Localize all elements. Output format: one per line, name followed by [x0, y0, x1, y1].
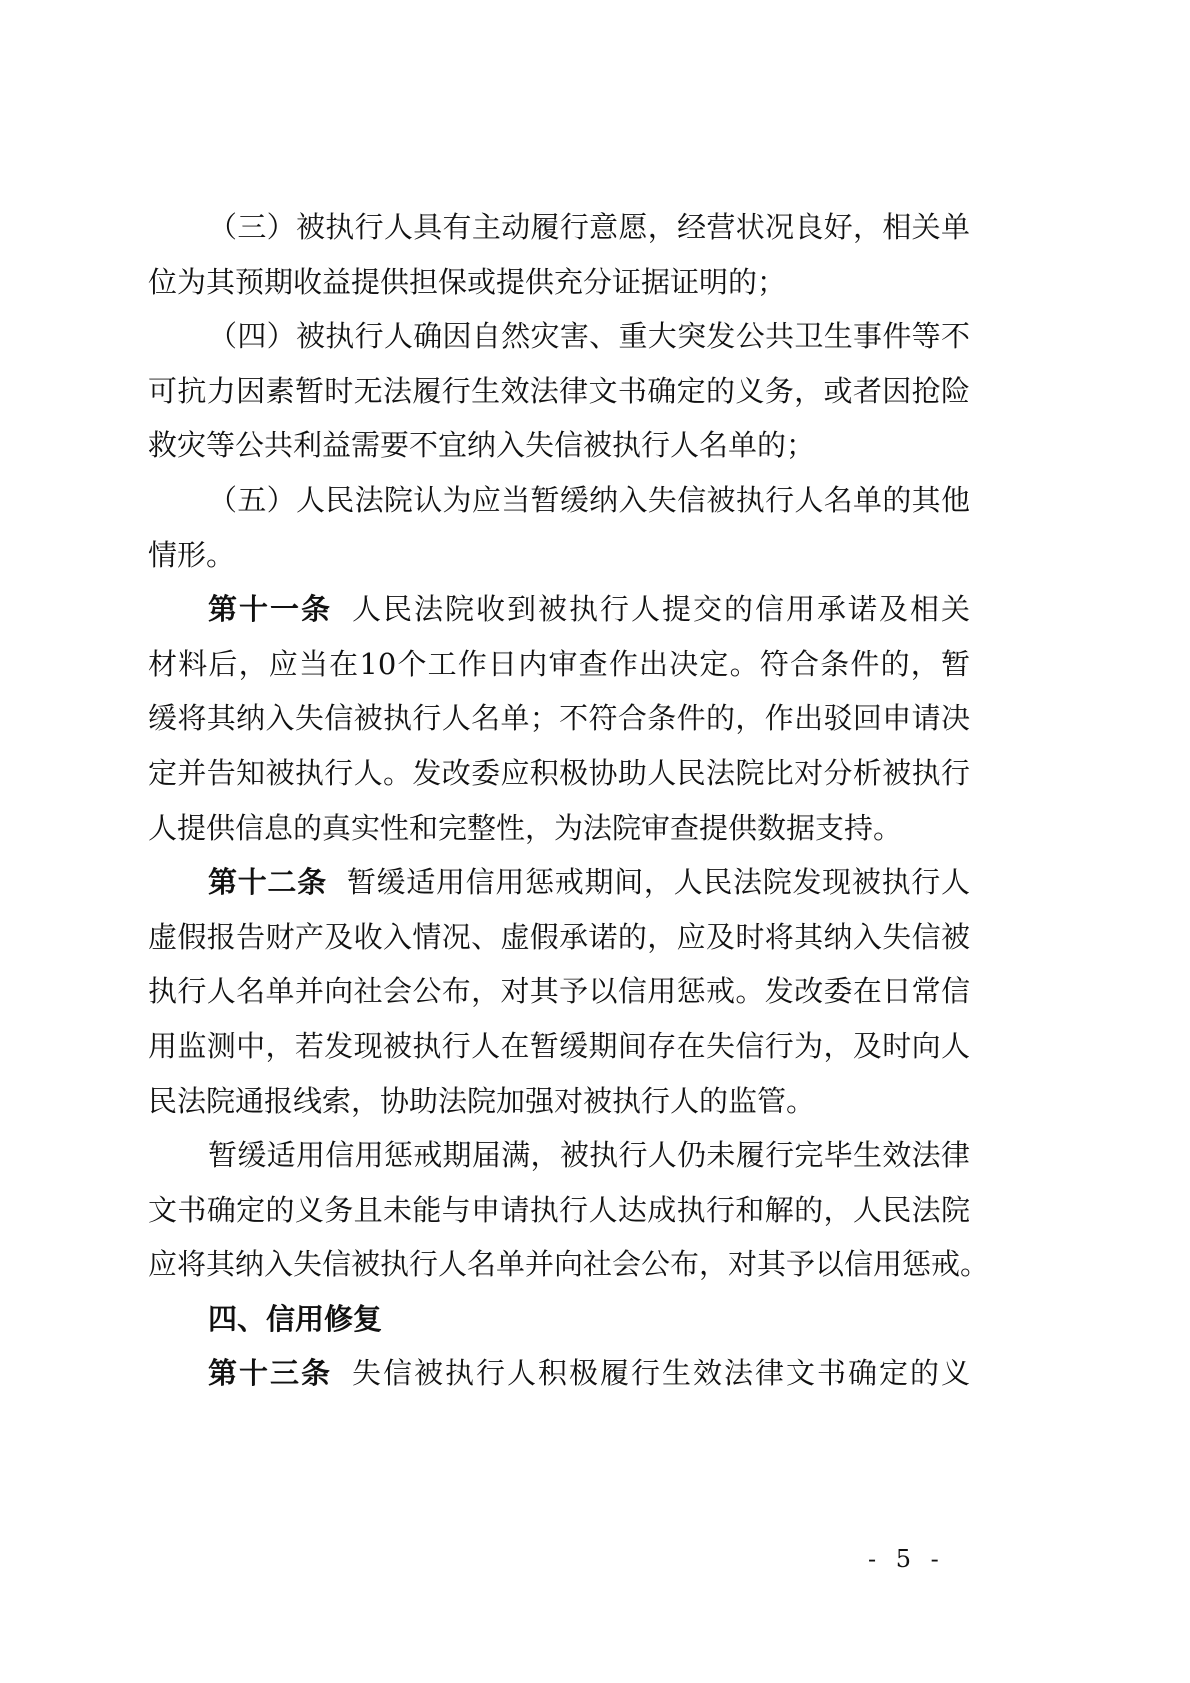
document-body: （三）被执行人具有主动履行意愿，经营状况良好，相关单 位为其预期收益提供担保或提…	[148, 200, 970, 1401]
article-11-label: 第十一条	[208, 592, 332, 626]
article-12-para-2-line-1: 暂缓适用信用惩戒期届满，被执行人仍未履行完毕生效法律	[148, 1128, 970, 1183]
clause-4-line-3: 救灾等公共利益需要不宜纳入失信被执行人名单的；	[148, 418, 970, 473]
clause-3-line-1: （三）被执行人具有主动履行意愿，经营状况良好，相关单	[148, 200, 970, 255]
article-13-text: 失信被执行人积极履行生效法律文书确定的义	[352, 1356, 970, 1390]
article-12-line-3: 执行人名单并向社会公布，对其予以信用惩戒。发改委在日常信	[148, 964, 970, 1019]
section-heading-credit-repair: 四、信用修复	[148, 1292, 970, 1347]
article-12-line-4: 用监测中，若发现被执行人在暂缓期间存在失信行为，及时向人	[148, 1019, 970, 1074]
article-11-line-2: 材料后，应当在10个工作日内审查作出决定。符合条件的，暂	[148, 637, 970, 692]
article-12-label: 第十二条	[208, 865, 327, 899]
article-12-para-2-line-2: 文书确定的义务且未能与申请执行人达成执行和解的，人民法院	[148, 1183, 970, 1238]
article-11-line-3: 缓将其纳入失信被执行人名单；不符合条件的，作出驳回申请决	[148, 691, 970, 746]
article-11-line-4: 定并告知被执行人。发改委应积极协助人民法院比对分析被执行	[148, 746, 970, 801]
article-13-label: 第十三条	[208, 1356, 332, 1390]
article-11-line-5: 人提供信息的真实性和完整性，为法院审查提供数据支持。	[148, 801, 970, 856]
document-page: （三）被执行人具有主动履行意愿，经营状况良好，相关单 位为其预期收益提供担保或提…	[0, 0, 1190, 1683]
article-12-line-1: 第十二条暂缓适用信用惩戒期间，人民法院发现被执行人	[148, 855, 970, 910]
article-12-para-2-line-3: 应将其纳入失信被执行人名单并向社会公布，对其予以信用惩戒。	[148, 1237, 970, 1292]
article-11-line-1: 第十一条人民法院收到被执行人提交的信用承诺及相关	[148, 582, 970, 637]
page-number: - 5 -	[868, 1545, 945, 1573]
article-12-text: 暂缓适用信用惩戒期间，人民法院发现被执行人	[347, 865, 970, 899]
article-11-text: 人民法院收到被执行人提交的信用承诺及相关	[352, 592, 970, 626]
clause-3-line-2: 位为其预期收益提供担保或提供充分证据证明的；	[148, 255, 970, 310]
clause-5-line-1: （五）人民法院认为应当暂缓纳入失信被执行人名单的其他	[148, 473, 970, 528]
clause-4-line-1: （四）被执行人确因自然灾害、重大突发公共卫生事件等不	[148, 309, 970, 364]
article-13-line-1: 第十三条失信被执行人积极履行生效法律文书确定的义	[148, 1346, 970, 1401]
article-12-line-2: 虚假报告财产及收入情况、虚假承诺的，应及时将其纳入失信被	[148, 910, 970, 965]
clause-5-line-2: 情形。	[148, 528, 970, 583]
clause-4-line-2: 可抗力因素暂时无法履行生效法律文书确定的义务，或者因抢险	[148, 364, 970, 419]
article-12-line-5: 民法院通报线索，协助法院加强对被执行人的监管。	[148, 1074, 970, 1129]
